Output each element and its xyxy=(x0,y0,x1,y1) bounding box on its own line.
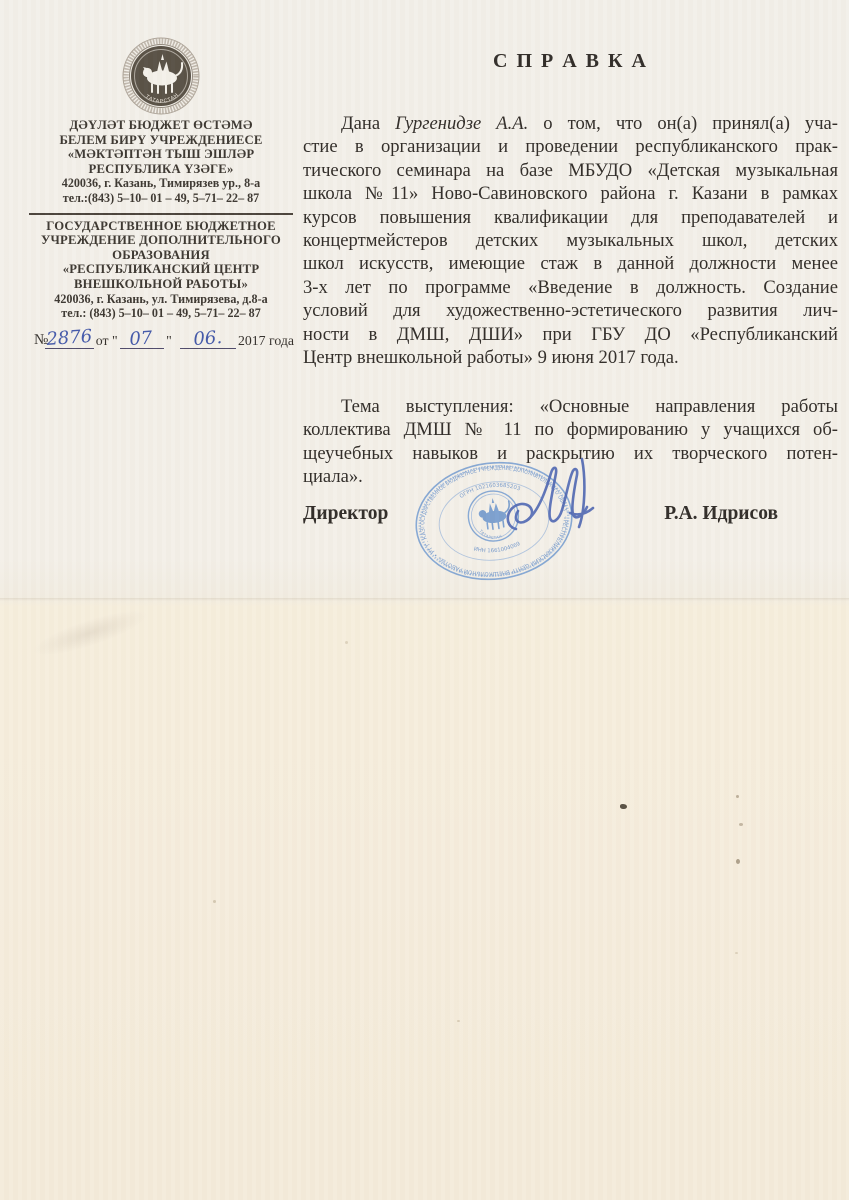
org-tatar-phone: тел.:(843) 5–10– 01 – 49, 5–71– 22– 87 xyxy=(26,191,296,206)
text-line: ности в ДМШ, ДШИ» при ГБУ ДО «Республика… xyxy=(303,323,838,346)
text-line: Тема выступления: «Основные направления … xyxy=(303,395,838,418)
org-tatar-line: БЕЛЕМ БИРҮ УЧРЕЖДЕНИЕСЕ xyxy=(26,133,296,148)
p1-intro: Дана xyxy=(341,113,395,134)
text-line: коллектива ДМШ № 11 по формированию у уч… xyxy=(303,418,838,441)
org-tatar-line: «МӘКТӘПТӘН ТЫШ ЭШЛӘР xyxy=(26,147,296,162)
scan-speck xyxy=(345,641,348,644)
org-rus-phone: тел.: (843) 5–10– 01 – 49, 5–71– 22– 87 xyxy=(26,306,296,321)
text-line: школа №11» Ново-Савиновского района г. К… xyxy=(303,182,838,205)
signer-name: Р.А. Идрисов xyxy=(664,503,778,525)
text-line: Дана Гургенидзе А.А. о том, что он(а) пр… xyxy=(303,112,838,135)
document-title: С П Р А В К А xyxy=(303,50,838,73)
scan-smudge xyxy=(29,602,151,664)
text-line: школ искусств, имеющие стаж в данной дол… xyxy=(303,252,838,275)
scan-speck xyxy=(620,804,627,809)
letterhead-divider xyxy=(29,213,293,215)
scan-speck xyxy=(457,1020,460,1022)
text-line: курсов повышения квалификации для препод… xyxy=(303,206,838,229)
org-rus-address: 420036, г. Казань, ул. Тимирязева, д.8-а xyxy=(26,292,296,307)
letterhead: ТАТАРСТАН ДӘҮЛӘТ БЮДЖЕТ ӨСТӘМӘ БЕЛЕМ БИР… xyxy=(26,36,296,349)
recipient-name: Гургенидзе А.А. xyxy=(395,113,528,134)
letter-bottom-edge xyxy=(0,598,849,601)
scan-speck xyxy=(739,823,743,826)
org-rus-line: УЧРЕЖДЕНИЕ ДОПОЛНИТЕЛЬНОГО xyxy=(26,233,296,248)
text-line: 3-х лет по программе «Введение в должнос… xyxy=(303,276,838,299)
org-rus-line: ГОСУДАРСТВЕННОЕ БЮДЖЕТНОЕ xyxy=(26,219,296,234)
paragraph-1: Дана Гургенидзе А.А. о том, что он(а) пр… xyxy=(303,112,838,369)
handwritten-month: 06. xyxy=(180,332,236,349)
scan-speck xyxy=(736,795,739,798)
scan-speck xyxy=(213,900,216,903)
ot-label: от " xyxy=(94,333,120,349)
org-tatar-address: 420036, г. Казань, Тимирязев ур., 8-а xyxy=(26,176,296,191)
text-line: тического семинара на базе МБУДО «Детска… xyxy=(303,159,838,182)
text-line: условий для художественно-эстетического … xyxy=(303,299,838,322)
text-line: концертмейстеров детских музыкальных шко… xyxy=(303,229,838,252)
org-tatar-line: ДӘҮЛӘТ БЮДЖЕТ ӨСТӘМӘ xyxy=(26,118,296,133)
handwritten-day: 07 xyxy=(120,332,165,349)
scan-speck xyxy=(736,859,740,864)
text-line: стие в организации и проведении республи… xyxy=(303,135,838,158)
scan-speck xyxy=(735,952,738,954)
p1-tail: о том, что он(а) принял(а) уча- xyxy=(528,113,838,134)
text-line: Центр внешкольной работы» 9 июня 2017 го… xyxy=(303,346,838,369)
handwritten-doc-number: 2876 xyxy=(45,332,93,349)
org-name-russian: ГОСУДАРСТВЕННОЕ БЮДЖЕТНОЕ УЧРЕЖДЕНИЕ ДОП… xyxy=(26,219,296,321)
close-quote: " xyxy=(164,333,174,349)
year-label: 2017 года xyxy=(236,333,296,349)
org-name-tatar: ДӘҮЛӘТ БЮДЖЕТ ӨСТӘМӘ БЕЛЕМ БИРҮ УЧРЕЖДЕН… xyxy=(26,118,296,206)
tatarstan-emblem-icon: ТАТАРСТАН xyxy=(121,36,201,116)
reference-number-line: № 2876 от " 07 " 06. 2017 года xyxy=(26,332,296,349)
signature-ink xyxy=(494,447,620,555)
org-rus-line: ОБРАЗОВАНИЯ xyxy=(26,248,296,263)
org-rus-line: ВНЕШКОЛЬНОЙ РАБОТЫ» xyxy=(26,277,296,292)
signer-role: Директор xyxy=(303,503,388,525)
org-rus-line: «РЕСПУБЛИКАНСКИЙ ЦЕНТР xyxy=(26,262,296,277)
scanned-document-page: ТАТАРСТАН ДӘҮЛӘТ БЮДЖЕТ ӨСТӘМӘ БЕЛЕМ БИР… xyxy=(0,0,849,1200)
org-tatar-line: РЕСПУБЛИКА ҮЗӘГЕ» xyxy=(26,162,296,177)
